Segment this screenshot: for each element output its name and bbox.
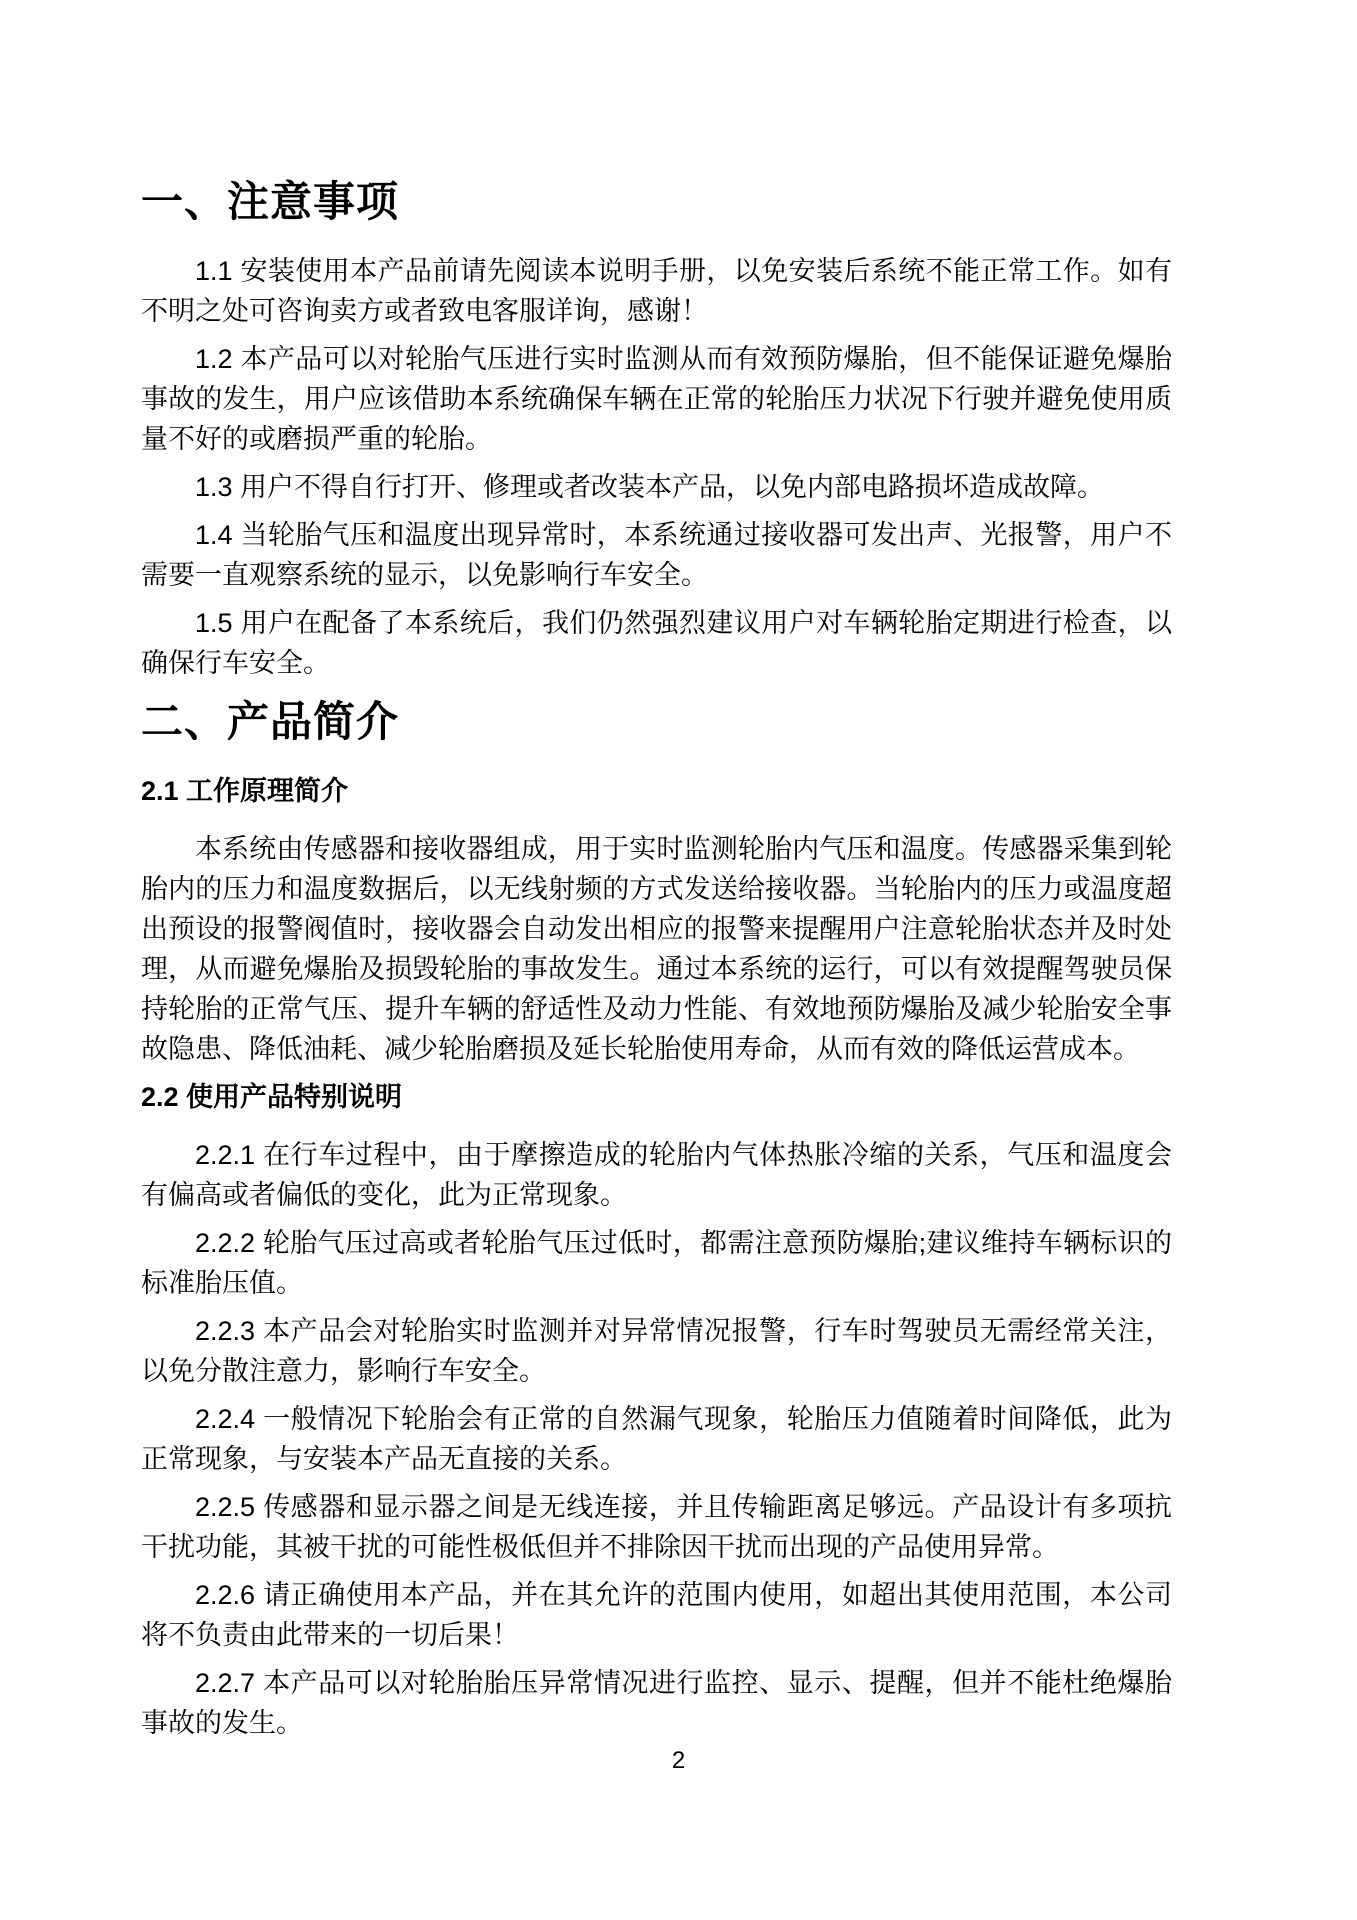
manual-page: 一、注意事项 1.1 安装使用本产品前请先阅读本说明手册，以免安装后系统不能正常… xyxy=(0,0,1357,1920)
paragraph-2-2-7: 2.2.7 本产品可以对轮胎胎压异常情况进行监控、显示、提醒，但并不能杜绝爆胎事… xyxy=(141,1663,1172,1743)
paragraph-2-2-6: 2.2.6 请正确使用本产品，并在其允许的范围内使用，如超出其使用范围，本公司将… xyxy=(141,1575,1172,1655)
paragraph-2-2-5: 2.2.5 传感器和显示器之间是无线连接，并且传输距离足够远。产品设计有多项抗干… xyxy=(141,1487,1172,1567)
paragraph-1-5: 1.5 用户在配备了本系统后，我们仍然强烈建议用户对车辆轮胎定期进行检查，以确保… xyxy=(141,603,1172,683)
paragraph-1-1: 1.1 安装使用本产品前请先阅读本说明手册，以免安装后系统不能正常工作。如有不明… xyxy=(141,251,1172,331)
section-2-2-subheading: 2.2 使用产品特别说明 xyxy=(141,1077,1172,1117)
section-1-heading: 一、注意事项 xyxy=(141,177,1172,227)
page-number: 2 xyxy=(0,1744,1357,1778)
paragraph-2-2-4: 2.2.4 一般情况下轮胎会有正常的自然漏气现象，轮胎压力值随着时间降低，此为正… xyxy=(141,1399,1172,1479)
paragraph-1-2: 1.2 本产品可以对轮胎气压进行实时监测从而有效预防爆胎，但不能保证避免爆胎事故… xyxy=(141,339,1172,459)
paragraph-2-2-3: 2.2.3 本产品会对轮胎实时监测并对异常情况报警，行车时驾驶员无需经常关注，以… xyxy=(141,1311,1172,1391)
paragraph-1-4: 1.4 当轮胎气压和温度出现异常时，本系统通过接收器可发出声、光报警，用户不需要… xyxy=(141,515,1172,595)
paragraph-2-1-body: 本系统由传感器和接收器组成，用于实时监测轮胎内气压和温度。传感器采集到轮胎内的压… xyxy=(141,829,1172,1069)
section-2-heading: 二、产品简介 xyxy=(141,697,1172,747)
section-2-1-subheading: 2.1 工作原理简介 xyxy=(141,771,1172,811)
page-content: 一、注意事项 1.1 安装使用本产品前请先阅读本说明手册，以免安装后系统不能正常… xyxy=(141,177,1172,1751)
paragraph-2-2-1: 2.2.1 在行车过程中，由于摩擦造成的轮胎内气体热胀冷缩的关系，气压和温度会有… xyxy=(141,1135,1172,1215)
paragraph-1-3: 1.3 用户不得自行打开、修理或者改装本产品，以免内部电路损坏造成故障。 xyxy=(141,467,1172,507)
paragraph-2-2-2: 2.2.2 轮胎气压过高或者轮胎气压过低时，都需注意预防爆胎;建议维持车辆标识的… xyxy=(141,1223,1172,1303)
